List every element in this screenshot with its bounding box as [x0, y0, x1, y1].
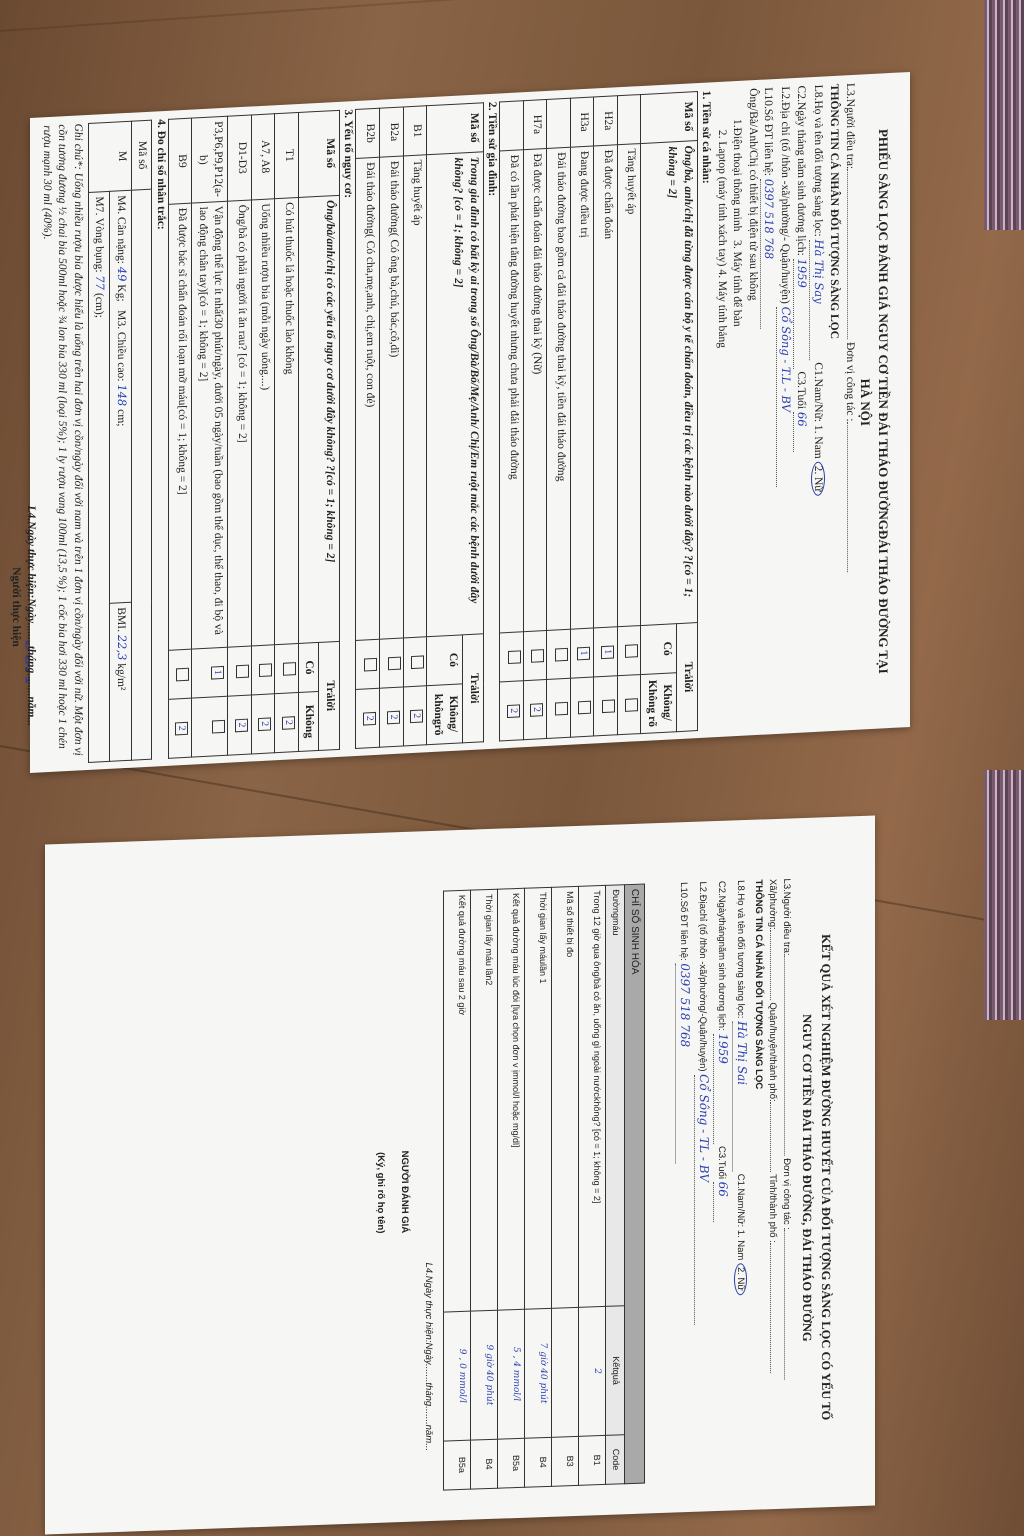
workplace-label: Đơn vị công tác : [782, 1158, 793, 1230]
name-value[interactable]: Hà Thị Say [809, 239, 826, 360]
col-code: Mã số [131, 120, 152, 190]
investigator-label: L3.Người điều tra: [782, 878, 793, 955]
workplace-field[interactable] [785, 1230, 786, 1380]
workplace-label: Đơn vị công tác : [844, 342, 856, 422]
col-no: Không/ khôngrõ [427, 684, 463, 745]
risk-factors-table: Mã số Ông/bà/anh/chị có các yếu tố nguy … [168, 110, 340, 759]
checkbox-yes[interactable] [388, 656, 401, 670]
col-code: Mã số [427, 103, 484, 155]
dob-value[interactable]: 1959 [793, 258, 810, 369]
row-code: H7a [523, 99, 547, 149]
name-value[interactable]: Hà Thị Sai [732, 1021, 751, 1172]
table-row: Thời gian lấy máulần 1 7 giờ 40 phút B4 [525, 887, 552, 1487]
row-label: Đái tháo đường bao gồm cả đái tháo đường… [547, 147, 571, 630]
row-code: B1 [403, 106, 427, 156]
section-personal-info: THÔNG TIN CÁ NHÂN ĐỐI TƯỢNG SÀNG LỌC [751, 879, 765, 1479]
col-result: Kếtquả [606, 1306, 625, 1436]
checkbox-yes[interactable] [236, 664, 249, 678]
dob-value[interactable]: 1959 [713, 1033, 732, 1144]
device-option-3[interactable]: 3. Máy tính để bàn [731, 240, 743, 327]
row-code: B4 [471, 1439, 498, 1489]
checkbox-yes[interactable] [283, 662, 296, 676]
weight-label: M4. Cân nặng: [115, 195, 127, 264]
col-answer: Trảlời [677, 623, 698, 732]
table-row: Đái tháo đường bao gồm cả đái tháo đường… [547, 98, 571, 738]
checkbox-yes[interactable] [176, 667, 189, 681]
row-code: H3a [570, 97, 594, 147]
weight-unit: Kg; [115, 284, 127, 302]
row-label: Ông/bà có phải người ít ăn rau? [có = 1;… [228, 200, 252, 647]
checkbox-no[interactable] [555, 701, 568, 715]
checkbox-no[interactable] [625, 698, 638, 712]
district-field[interactable] [770, 1102, 771, 1172]
row-label: Đã được chẩn đoán [594, 145, 618, 628]
phone-value[interactable]: 0397 518 768 [760, 178, 777, 329]
table-row: Mã số thiết bị đo B3 [552, 886, 579, 1486]
row-result[interactable]: 7 giờ 40 phút [525, 1308, 552, 1438]
row-label: Đã được chẩn đoán đái tháo đường thai kỳ… [523, 148, 547, 631]
gender-label: C1.Nam/Nữ: 1. Nam [812, 362, 824, 459]
gender-selected[interactable]: 2. Nữ [734, 1263, 747, 1295]
section-personal-info: THÔNG TIN CÁ NHÂN ĐỐI TƯỢNG SÀNG LỌC [826, 84, 842, 725]
table-row: Trong 12 giờ qua ông/bà có ăn, uống gì n… [579, 885, 606, 1485]
row-result[interactable]: 5 , 4 mmol/l [498, 1309, 525, 1439]
ward-field[interactable] [770, 930, 771, 1000]
checkbox-yes[interactable]: 1 [211, 665, 224, 679]
table-row: H2a Đã được chẩn đoán 1 [594, 96, 618, 736]
checkbox-yes[interactable]: 1 [601, 645, 614, 659]
table-row: A7, A8 Uống nhiều rượu bia (mỗi ngày uốn… [251, 114, 275, 754]
col-answer: Trảlời [463, 634, 484, 743]
checkbox-yes[interactable] [364, 657, 377, 671]
personal-history-table: Mã số Ông/bà, anh/chị đã từng được cán b… [499, 91, 698, 741]
age-value[interactable]: 66 [713, 1181, 732, 1222]
table-row: T1 Có hút thuốc lá hoặc thuốc lào không … [275, 112, 299, 752]
fabric-strip [984, 0, 1024, 230]
address-value[interactable]: Cổ Sông - T.L - BV [776, 306, 793, 487]
row-code: A7, A8 [251, 114, 275, 200]
investigator-field[interactable] [847, 169, 848, 339]
col-question: Ông/bà/anh/chị có các yếu tố nguy cơ dướ… [298, 195, 339, 643]
phone-value[interactable]: 0397 518 768 [675, 963, 694, 1164]
row-code: T1 [275, 112, 299, 198]
row-result[interactable]: 2 [579, 1306, 606, 1436]
row-label: Vận động thể lực ít nhất30 phút/ngày, dư… [192, 201, 228, 649]
checkbox-yes[interactable] [411, 655, 424, 669]
section-biochemistry: CHỈ SỐ SINH HÓA [624, 884, 644, 1484]
row-label: Đang được điều trị [570, 146, 594, 629]
checkbox-yes[interactable] [508, 650, 521, 664]
col-code: Mã số [298, 110, 339, 197]
ward-label: Xã/phường: [767, 879, 778, 930]
bmi-label: BMI. [115, 607, 127, 632]
section-personal-history: 1. Tiền sử cá nhân: [698, 90, 714, 731]
row-code: H2a [594, 96, 618, 146]
table-row: Đã có lần phát hiện tăng đường huyết như… [500, 101, 524, 741]
checkbox-no[interactable]: 2 [530, 703, 543, 717]
age-label: C3.Tuổi [795, 371, 807, 409]
address-value[interactable]: Cổ Sông - TL - BV [694, 1074, 713, 1325]
row-code: B5a [444, 1440, 471, 1490]
weight-value[interactable]: 49 [115, 266, 129, 281]
dob-label: C2.Ngày tháng năm sinh dương lịch: [795, 85, 807, 256]
row-label: Có hút thuốc lá hoặc thuốc lào không [275, 197, 299, 644]
name-label: L8.Họ và tên đối tượng sàng lọc: [812, 84, 824, 237]
col-code: Mã số [641, 92, 698, 144]
col-yes: Có [298, 642, 319, 692]
row-label: Tăng huyết áp [617, 144, 641, 627]
row-label: Đái tháo đường( Có ông bà,chú, bác,cô,dì… [380, 156, 404, 639]
table-row: B1 Tăng huyết áp 2 [403, 106, 427, 746]
table-row: B2b Đái tháo đường( Có cha,mẹ,anh, chị,e… [356, 108, 380, 748]
phone-label: L10.Số ĐT liên hệ: [762, 87, 774, 176]
table-row: B2a Đái tháo đường( Có ông bà,chú, bác,c… [380, 107, 404, 747]
device-option-1[interactable]: 1.Điện thoại thông minh [731, 119, 743, 232]
form-subtitle: NGUY CƠ TIỀN ĐÁI THÁO ĐƯỜNG, ĐÁI THÁO ĐƯ… [798, 878, 817, 1479]
col-yes: Có [641, 624, 677, 675]
address-label: L2.Địa chỉ (tổ /thôn -xã/phường/- Quận/h… [779, 86, 791, 304]
waist-unit: (cm); [93, 293, 105, 319]
col-yes: Có [427, 635, 463, 686]
checkbox-yes[interactable] [555, 647, 568, 661]
checkbox-no[interactable] [602, 699, 615, 713]
evaluator-label: NGƯỜI ĐÁNH GIÁ [397, 892, 411, 1492]
biochemistry-table: CHỈ SỐ SINH HÓA Đườngmáu Kếtquả Code Tro… [443, 884, 645, 1491]
district-label: Quận/huyện/thành phố: [767, 1002, 778, 1102]
form-title: KẾT QUẢ XÉT NGHIỆM ĐƯỜNG HUYẾT CỦA ĐỐI T… [816, 877, 835, 1478]
signer-label: Người thực hiện [7, 126, 23, 767]
col-question: Ông/bà, anh/chị đã từng được cán bộ y tế… [641, 141, 698, 626]
checkbox-no[interactable]: 2 [363, 711, 376, 725]
height-label: M3. Chiều cao: [115, 310, 127, 382]
checkbox-no[interactable]: 2 [410, 709, 423, 723]
workplace-field[interactable] [847, 422, 848, 572]
row-label: Kết quả đường máu sau 2 giờ [444, 890, 471, 1312]
row-result[interactable]: 9 , 0 mmol/l [444, 1311, 471, 1441]
row-code [617, 95, 641, 145]
form-title: PHIẾU SÀNG LỌC ĐÁNH GIÁ NGUY CƠ TIỀN ĐÁI… [874, 81, 892, 722]
checkbox-yes[interactable] [625, 644, 638, 658]
family-history-table: Mã số Trong gia đình có bất kỳ ai trong … [356, 102, 484, 749]
row-label: Thời gian lấy máu lần2 [471, 889, 498, 1311]
row-label: Trong 12 giờ qua ông/bà có ăn, uống gì n… [579, 885, 606, 1307]
fabric-strip [984, 770, 1024, 1020]
alcohol-note: Ghi chú*: Uống nhiều rượu bia được hiểu … [38, 123, 85, 765]
bmi-value[interactable]: 22,3 [115, 634, 129, 660]
row-code: B1 [579, 1435, 606, 1485]
row-code [500, 101, 524, 151]
checkbox-no[interactable] [212, 719, 225, 733]
sign-note: (Ký, ghi rõ họ tên) [373, 893, 387, 1493]
measure-code: M [88, 121, 131, 192]
row-code [547, 98, 571, 148]
section-risk-factors: 3. Yếu tố nguy cơ: [340, 109, 356, 750]
row-label: Đã được bác sĩ chẩn đoán rối loạn mỡ máu… [168, 203, 192, 650]
row-code: B4 [525, 1437, 552, 1487]
checkbox-no[interactable]: 2 [507, 704, 520, 718]
col-no: Không [298, 691, 319, 751]
row-code: D1-D3 [228, 115, 252, 201]
row-code: B2b [356, 108, 380, 158]
row-label: Uống nhiều rượu bia (mỗi ngày uống....) [251, 198, 275, 645]
checkbox-no[interactable]: 2 [282, 716, 295, 730]
height-unit: cm; [115, 409, 127, 427]
investigator-field[interactable] [785, 956, 786, 1156]
device-question: Ông/Bà/Anh/Chị có thiết bị điện tử sau k… [744, 88, 760, 729]
row-result[interactable]: 9 giờ 40 phút [471, 1310, 498, 1440]
row-label: Mã số thiết bị đo [552, 886, 579, 1308]
checkbox-no[interactable] [578, 700, 591, 714]
address-label: L2.Địachỉ (tổ /thôn -xã/phường/-Quận/huy… [697, 881, 708, 1071]
form-title-city: HÀ NỘI [857, 82, 875, 723]
row-label: Đã có lần phát hiện tăng đường huyết như… [500, 150, 524, 633]
row-result[interactable] [552, 1307, 579, 1437]
checkbox-yes[interactable] [531, 649, 544, 663]
row-label: Thời gian lấy máulần 1 [525, 887, 552, 1309]
col-code: Code [606, 1435, 625, 1485]
blood-test-paper: KẾT QUẢ XÉT NGHIỆM ĐƯỜNG HUYẾT CỦA ĐỐI T… [45, 816, 875, 1535]
table-row: P3,P6,P9,P12(a-b) Vận động thể lực ít nh… [192, 116, 228, 757]
table-row: Tăng huyết áp [617, 95, 641, 735]
table-row: H3a Đang được điều trị 1 [570, 97, 594, 737]
row-label: Tăng huyết áp [403, 155, 427, 638]
row-code: B2a [380, 107, 404, 157]
checkbox-no[interactable]: 2 [175, 721, 188, 735]
waist-value[interactable]: 77 [93, 275, 107, 290]
col-answer: Trảlời [319, 641, 340, 750]
gender-selected[interactable]: 2. Nữ [811, 461, 825, 496]
age-value[interactable]: 66 [793, 412, 810, 453]
row-code: P3,P6,P9,P12(a-b) [192, 116, 228, 203]
table-row: H7a Đã được chẩn đoán đái tháo đường tha… [523, 99, 547, 739]
row-label: Kết quả đường máu lúc đói [lựa chọn đơn … [498, 888, 525, 1310]
investigator-label: L3.Người điều tra: [844, 83, 856, 170]
table-row: Kết quả đường máu lúc đói [lựa chọn đơn … [498, 888, 525, 1488]
province-label: Tỉnh/thành phố : [767, 1174, 778, 1243]
device-option-4[interactable]: 4. Máy tính bảng [716, 269, 728, 348]
col-question: Trong gia đình có bất kỳ ai trong số Ông… [427, 152, 484, 637]
row-label: Đái tháo đường( Có cha,mẹ,anh, chị,em ru… [356, 157, 380, 640]
checkbox-yes[interactable]: 1 [577, 646, 590, 660]
col-glucose: Đườngmáu [606, 885, 625, 1307]
screening-form-paper: PHIẾU SÀNG LỌC ĐÁNH GIÁ NGUY CƠ TIỀN ĐÁI… [30, 72, 910, 773]
name-label: L8.Họ và tên đối tượng sàng lọc: [735, 880, 746, 1019]
row-code: B3 [552, 1436, 579, 1486]
date-line: L4.Ngày thực hiện:Ngày........tháng.....… [23, 126, 39, 767]
wood-grain [0, 0, 1024, 32]
row-code: B9 [168, 118, 192, 204]
device-option-2[interactable]: 2. Laptop (máy tính xách tay) [716, 119, 728, 266]
checkbox-yes[interactable] [259, 663, 272, 677]
bmi-unit: kg/m² [115, 663, 127, 691]
table-row: Thời gian lấy máu lần2 9 giờ 40 phút B4 [471, 889, 498, 1489]
table-row: B9 Đã được bác sĩ chẩn đoán rối loạn mỡ … [168, 118, 192, 758]
province-field[interactable] [770, 1243, 771, 1373]
anthropometry-table: Mã số M M4. Cân nặng: 49 Kg; M3. Chiều c… [88, 120, 153, 763]
date-line: L4.Ngày thực hiện:Ngày.......tháng......… [421, 891, 435, 1491]
waist-label: M7. Vòng bụng: [93, 196, 105, 273]
table-row: D1-D3 Ông/bà có phải người ít ăn rau? [c… [228, 115, 252, 755]
dob-label: C2.Ngàythángnăm sinh dương lịch: [716, 881, 727, 1031]
height-value[interactable]: 148 [115, 384, 129, 407]
col-no: Không/ Không rõ [641, 673, 677, 734]
table-row: Kết quả đường máu sau 2 giờ 9 , 0 mmol/l… [444, 890, 471, 1490]
gender-label: C1.Nam/Nữ: 1. Nam [735, 1174, 746, 1261]
section-family-history: 2. Tiền sử gia đình: [484, 101, 500, 742]
checkbox-no[interactable]: 2 [387, 710, 400, 724]
section-anthropometry: 4. Đo chỉ số nhân trắc: [152, 119, 168, 760]
age-label: C3.Tuổi [716, 1146, 727, 1179]
checkbox-no[interactable]: 2 [258, 717, 271, 731]
checkbox-no[interactable]: 2 [235, 718, 248, 732]
phone-label: L10.Số ĐT liên hệ: [678, 882, 689, 961]
row-code: B5a [498, 1438, 525, 1488]
